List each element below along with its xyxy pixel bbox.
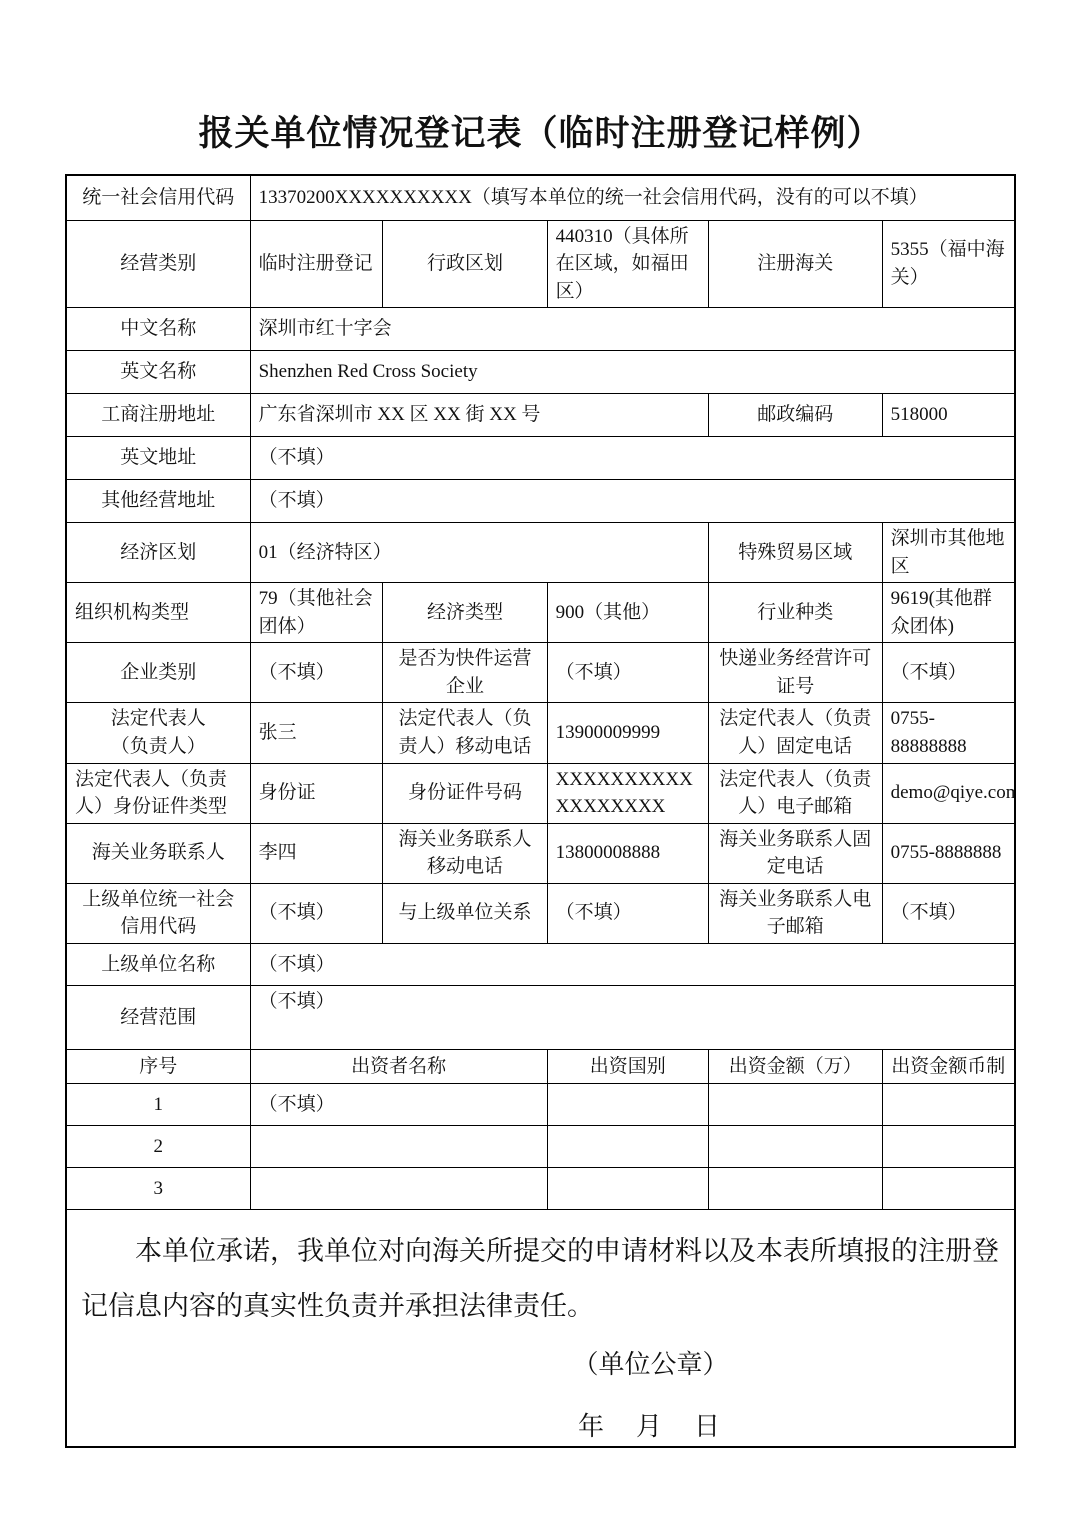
row-en-name: 英文名称 Shenzhen Red Cross Society (66, 351, 1015, 394)
business-scope-label: 经营范围 (66, 985, 250, 1049)
row-customs-contact: 海关业务联系人 李四 海关业务联系人移动电话 13800008888 海关业务联… (66, 823, 1015, 883)
express-license-value: （不填） (882, 643, 1015, 703)
investor-country (547, 1125, 708, 1167)
row-legal-rep: 法定代表人 （负责人） 张三 法定代表人（负责人）移动电话 1390000999… (66, 703, 1015, 763)
investor-name (250, 1125, 547, 1167)
legal-rep-id-type-label: 法定代表人（负责人）身份证件类型 (66, 763, 250, 823)
postcode-label: 邮政编码 (708, 394, 882, 437)
investor-country (547, 1083, 708, 1125)
id-number-label: 身份证件号码 (383, 763, 547, 823)
parent-relation-label: 与上级单位关系 (383, 883, 547, 943)
investor-amount (708, 1083, 882, 1125)
legal-rep-mobile-label: 法定代表人（负责人）移动电话 (383, 703, 547, 763)
industry-label: 行业种类 (708, 583, 882, 643)
other-address-label: 其他经营地址 (66, 480, 250, 523)
legal-rep-id-type-value: 身份证 (250, 763, 383, 823)
investor-amount (708, 1167, 882, 1209)
investor-no-header: 序号 (66, 1049, 250, 1083)
cn-name-value: 深圳市红十字会 (250, 308, 1015, 351)
express-license-label: 快递业务经营许可证号 (708, 643, 882, 703)
row-enterprise-class: 企业类别 （不填） 是否为快件运营企业 （不填） 快递业务经营许可证号 （不填） (66, 643, 1015, 703)
econ-zone-value: 01（经济特区） (250, 523, 708, 583)
row-credit-code: 统一社会信用代码 13370200XXXXXXXXXX（填写本单位的统一社会信用… (66, 175, 1015, 220)
admin-division-value: 440310（具体所在区域，如福田区） (547, 220, 708, 308)
en-name-label: 英文名称 (66, 351, 250, 394)
parent-credit-code-value: （不填） (250, 883, 383, 943)
legal-rep-mobile-value: 13900009999 (547, 703, 708, 763)
org-type-label: 组织机构类型 (66, 583, 250, 643)
reg-address-value: 广东省深圳市 XX 区 XX 街 XX 号 (250, 394, 708, 437)
legal-rep-name: 张三 (250, 703, 383, 763)
row-legal-rep-id: 法定代表人（负责人）身份证件类型 身份证 身份证件号码 XXXXXXXXXXXX… (66, 763, 1015, 823)
trade-zone-label: 特殊贸易区域 (708, 523, 882, 583)
industry-value: 9619(其他群众团体) (882, 583, 1015, 643)
investor-country (547, 1167, 708, 1209)
parent-credit-code-label: 上级单位统一社会信用代码 (66, 883, 250, 943)
investor-currency (882, 1167, 1015, 1209)
legal-rep-email-label: 法定代表人（负责人）电子邮箱 (708, 763, 882, 823)
legal-rep-phone-label: 法定代表人（负责人）固定电话 (708, 703, 882, 763)
investor-no: 1 (66, 1083, 250, 1125)
investor-name: （不填） (250, 1083, 547, 1125)
investor-name (250, 1167, 547, 1209)
enterprise-class-label: 企业类别 (66, 643, 250, 703)
customs-contact-phone-value: 0755-8888888 (882, 823, 1015, 883)
reg-address-label: 工商注册地址 (66, 394, 250, 437)
admin-division-label: 行政区划 (383, 220, 547, 308)
express-operator-value: （不填） (547, 643, 708, 703)
registered-customs-value: 5355（福中海关） (882, 220, 1015, 308)
row-parent-name: 上级单位名称 （不填） (66, 943, 1015, 985)
row-en-address: 英文地址 （不填） (66, 437, 1015, 480)
investor-row-1: 1 （不填） (66, 1083, 1015, 1125)
declaration-cell: 本单位承诺，我单位对向海关所提交的申请材料以及本表所填报的注册登记信息内容的真实… (66, 1209, 1015, 1447)
postcode-value: 518000 (882, 394, 1015, 437)
id-number-value: XXXXXXXXXXXXXXXXXX (547, 763, 708, 823)
legal-rep-email-value: demo@qiye.com (882, 763, 1015, 823)
declaration-row: 本单位承诺，我单位对向海关所提交的申请材料以及本表所填报的注册登记信息内容的真实… (66, 1209, 1015, 1447)
row-business-scope: 经营范围 （不填） (66, 985, 1015, 1049)
customs-contact-phone-label: 海关业务联系人固定电话 (708, 823, 882, 883)
page-title: 报关单位情况登记表（临时注册登记样例） (65, 106, 1016, 156)
economic-type-value: 900（其他） (547, 583, 708, 643)
express-operator-label: 是否为快件运营企业 (383, 643, 547, 703)
row-other-address: 其他经营地址 （不填） (66, 480, 1015, 523)
row-parent-code: 上级单位统一社会信用代码 （不填） 与上级单位关系 （不填） 海关业务联系人电子… (66, 883, 1015, 943)
credit-code-value: 13370200XXXXXXXXXX（填写本单位的统一社会信用代码，没有的可以不… (250, 175, 1015, 220)
customs-contact-label: 海关业务联系人 (66, 823, 250, 883)
investor-country-header: 出资国别 (547, 1049, 708, 1083)
customs-contact-mobile-label: 海关业务联系人移动电话 (383, 823, 547, 883)
legal-rep-phone-value: 0755-88888888 (882, 703, 1015, 763)
econ-zone-label: 经济区划 (66, 523, 250, 583)
cn-name-label: 中文名称 (66, 308, 250, 351)
other-address-value: （不填） (250, 480, 1015, 523)
legal-rep-label: 法定代表人 （负责人） (66, 703, 250, 763)
en-address-label: 英文地址 (66, 437, 250, 480)
row-reg-address: 工商注册地址 广东省深圳市 XX 区 XX 街 XX 号 邮政编码 518000 (66, 394, 1015, 437)
business-category-label: 经营类别 (66, 220, 250, 308)
registered-customs-label: 注册海关 (708, 220, 882, 308)
investor-header-row: 序号 出资者名称 出资国别 出资金额（万） 出资金额币制 (66, 1049, 1015, 1083)
business-scope-value: （不填） (250, 985, 1015, 1049)
investor-no: 3 (66, 1167, 250, 1209)
investor-no: 2 (66, 1125, 250, 1167)
trade-zone-value: 深圳市其他地区 (882, 523, 1015, 583)
business-category-value: 临时注册登记 (250, 220, 383, 308)
economic-type-label: 经济类型 (383, 583, 547, 643)
row-business-category: 经营类别 临时注册登记 行政区划 440310（具体所在区域，如福田区） 注册海… (66, 220, 1015, 308)
investor-currency-header: 出资金额币制 (882, 1049, 1015, 1083)
parent-name-label: 上级单位名称 (66, 943, 250, 985)
investor-currency (882, 1083, 1015, 1125)
en-address-value: （不填） (250, 437, 1015, 480)
en-name-value: Shenzhen Red Cross Society (250, 351, 1015, 394)
investor-amount-header: 出资金额（万） (708, 1049, 882, 1083)
customs-contact-mobile-value: 13800008888 (547, 823, 708, 883)
parent-name-value: （不填） (250, 943, 1015, 985)
document-page: 报关单位情况登记表（临时注册登记样例） 统一社会信用代码 13370200XXX… (0, 0, 1080, 1527)
enterprise-class-value: （不填） (250, 643, 383, 703)
parent-relation-value: （不填） (547, 883, 708, 943)
investor-currency (882, 1125, 1015, 1167)
investor-row-2: 2 (66, 1125, 1015, 1167)
company-seal-placeholder: （单位公章） (81, 1346, 1000, 1384)
customs-contact-name: 李四 (250, 823, 383, 883)
row-cn-name: 中文名称 深圳市红十字会 (66, 308, 1015, 351)
credit-code-label: 统一社会信用代码 (66, 175, 250, 220)
date-line: 年 月 日 (81, 1408, 1000, 1446)
row-org-type: 组织机构类型 79（其他社会团体） 经济类型 900（其他） 行业种类 9619… (66, 583, 1015, 643)
investor-row-3: 3 (66, 1167, 1015, 1209)
registration-table: 统一社会信用代码 13370200XXXXXXXXXX（填写本单位的统一社会信用… (65, 174, 1016, 1448)
investor-name-header: 出资者名称 (250, 1049, 547, 1083)
customs-contact-email-label: 海关业务联系人电子邮箱 (708, 883, 882, 943)
investor-amount (708, 1125, 882, 1167)
declaration-pledge: 本单位承诺，我单位对向海关所提交的申请材料以及本表所填报的注册登记信息内容的真实… (81, 1224, 1000, 1335)
customs-contact-email-value: （不填） (882, 883, 1015, 943)
row-econ-zone: 经济区划 01（经济特区） 特殊贸易区域 深圳市其他地区 (66, 523, 1015, 583)
org-type-value: 79（其他社会团体） (250, 583, 383, 643)
